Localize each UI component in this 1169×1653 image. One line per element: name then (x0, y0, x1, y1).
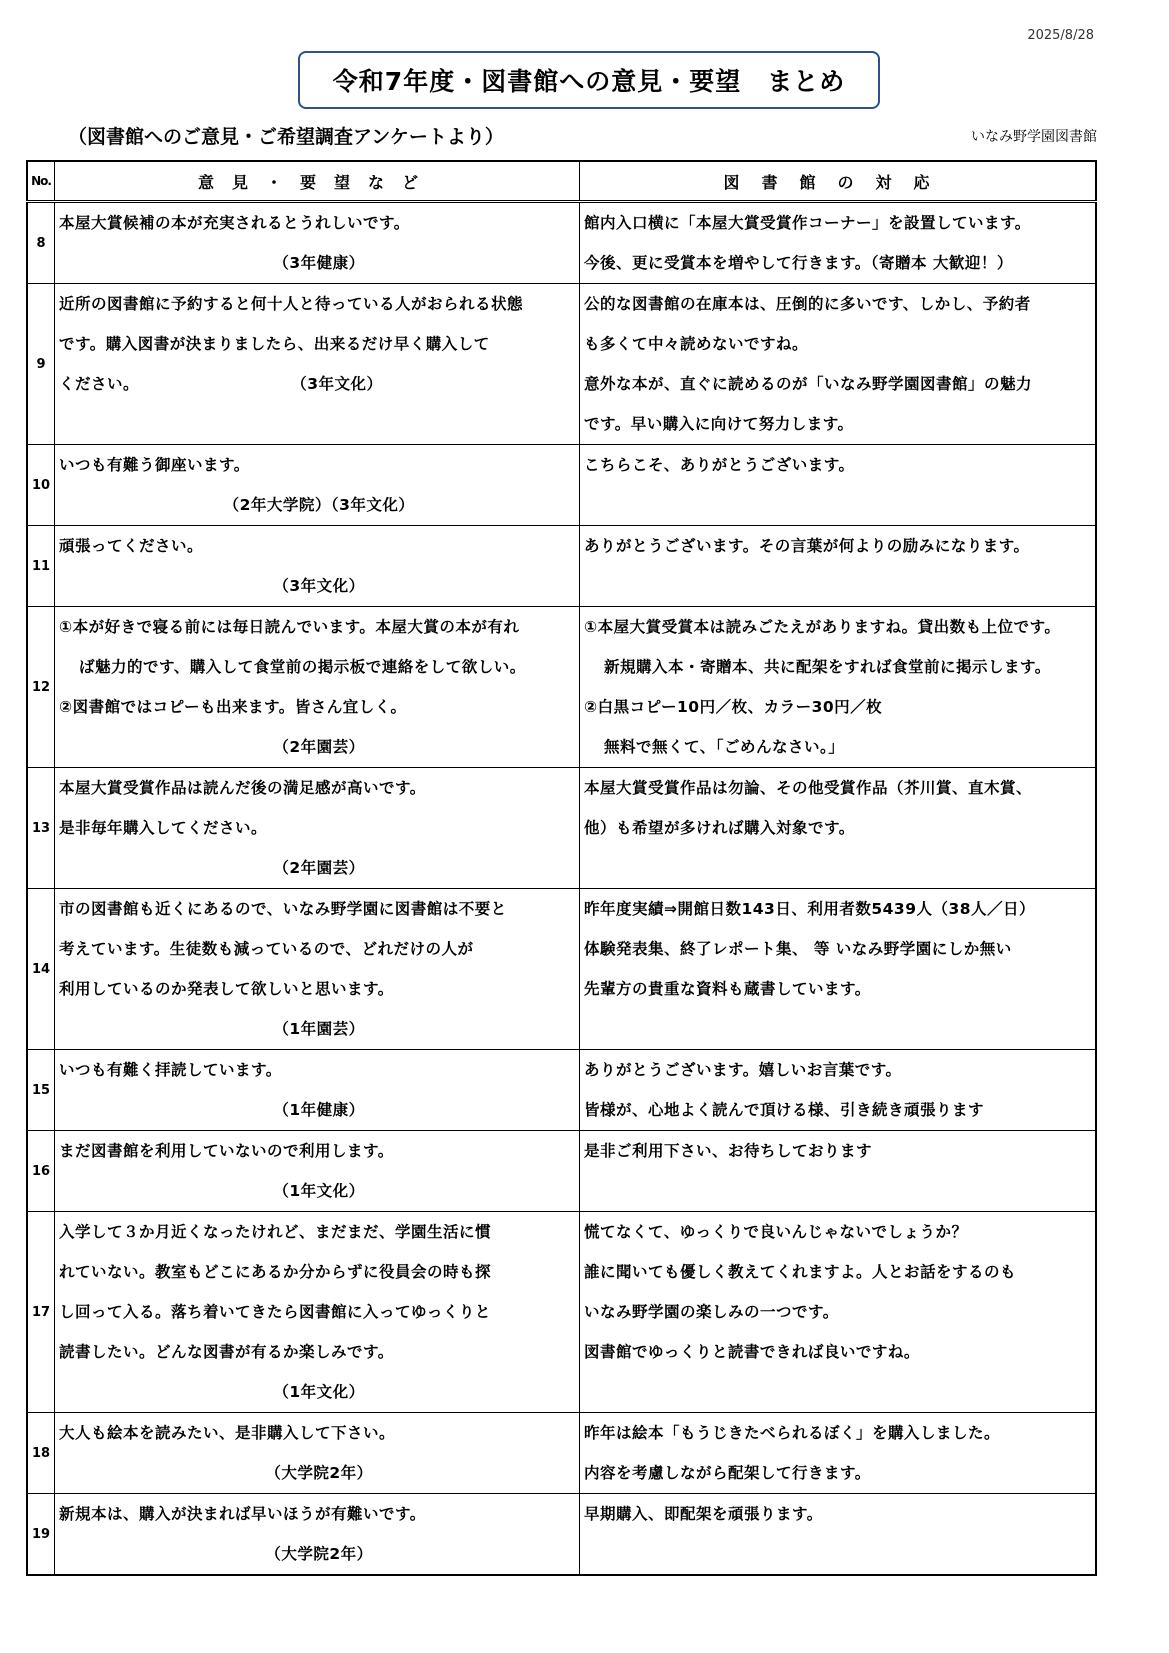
opinion-line: れていない。教室もどこにあるか分からずに役員会の時も探 (59, 1252, 579, 1292)
row-number: 8 (27, 202, 55, 284)
opinion-line: です。購入図書が決まりましたら、出来るだけ早く購入して (59, 324, 579, 364)
response-line: ありがとうございます。その言葉が何よりの励みになります。 (584, 526, 1095, 566)
table-row: 19新規本は、購入が決まれば早いほうが有難いです。（大学院2年）早期購入、即配架… (27, 1494, 1096, 1576)
row-number: 19 (27, 1494, 55, 1576)
response-line: 慌てなくて、ゆっくりで良いんじゃないでしょうか？ (584, 1212, 1095, 1252)
response-line: 公的な図書館の在庫本は、圧倒的に多いです、しかし、予約者 (584, 284, 1095, 324)
table-row: 17入学して３か月近くなったけれど、まだまだ、学園生活に慣れていない。教室もどこ… (27, 1212, 1096, 1413)
page-title: 令和7年度・図書館への意見・要望 まとめ (333, 62, 845, 98)
opinion-line: 是非毎年購入してください。 (59, 808, 579, 848)
column-header-response: 図書館の対応 (580, 161, 1097, 202)
response-cell: ありがとうございます。嬉しいお言葉です。皆様が、心地よく読んで頂ける様、引き続き… (580, 1050, 1097, 1131)
response-line: こちらこそ、ありがとうございます。 (584, 445, 1095, 485)
response-line: 昨年は絵本「もうじきたべられるぼく」を購入しました。 (584, 1413, 1095, 1453)
response-line: 誰に聞いても優しく教えてくれますよ。人とお話をするのも (584, 1252, 1095, 1292)
opinion-text: ください。 (59, 375, 139, 393)
respondent-label: （2年大学院）（3年文化） (59, 485, 579, 525)
table-row: 14市の図書館も近くにあるので、いなみ野学園に図書館は不要と考えています。生徒数… (27, 889, 1096, 1050)
opinion-cell: 入学して３か月近くなったけれど、まだまだ、学園生活に慣れていない。教室もどこにあ… (55, 1212, 580, 1413)
response-line: 是非ご利用下さい、お待ちしております (584, 1131, 1095, 1171)
title-box: 令和7年度・図書館への意見・要望 まとめ (298, 51, 880, 109)
response-line: 早期購入、即配架を頑張ります。 (584, 1494, 1095, 1534)
row-number: 9 (27, 284, 55, 445)
opinion-cell: いつも有難く拝読しています。（1年健康） (55, 1050, 580, 1131)
response-line: です。早い購入に向けて努力します。 (584, 404, 1095, 444)
row-number: 18 (27, 1413, 55, 1494)
respondent-label: （大学院2年） (59, 1534, 579, 1574)
response-line: 皆様が、心地よく読んで頂ける様、引き続き頑張ります (584, 1090, 1095, 1130)
respondent-label: （大学院2年） (59, 1453, 579, 1493)
response-cell: 是非ご利用下さい、お待ちしております (580, 1131, 1097, 1212)
respondent-label: （3年健康） (59, 243, 579, 283)
response-line: ありがとうございます。嬉しいお言葉です。 (584, 1050, 1095, 1090)
opinion-line: 頑張ってください。 (59, 526, 579, 566)
opinion-cell: 大人も絵本を読みたい、是非購入して下さい。（大学院2年） (55, 1413, 580, 1494)
opinion-cell: 本屋大賞受賞作品は読んだ後の満足感が高いです。是非毎年購入してください。（2年園… (55, 768, 580, 889)
row-number: 10 (27, 445, 55, 526)
row-number: 16 (27, 1131, 55, 1212)
opinion-line: 本屋大賞候補の本が充実されるとうれしいです。 (59, 203, 579, 243)
table-row: 8本屋大賞候補の本が充実されるとうれしいです。（3年健康）館内入口横に「本屋大賞… (27, 202, 1096, 284)
response-cell: 昨年度実績⇒開館日数143日、利用者数5439人（38人／日）体験発表集、終了レ… (580, 889, 1097, 1050)
response-line: ①本屋大賞受賞本は読みごたえがありますね。貸出数も上位です。 (584, 607, 1095, 647)
opinion-line: ば魅力的です、購入して食堂前の掲示板で連絡をして欲しい。 (59, 647, 579, 687)
opinions-table: No. 意見・要望など 図書館の対応 8本屋大賞候補の本が充実されるとうれしいで… (26, 160, 1097, 1576)
row-number: 11 (27, 526, 55, 607)
response-cell: 慌てなくて、ゆっくりで良いんじゃないでしょうか？誰に聞いても優しく教えてくれます… (580, 1212, 1097, 1413)
table-row: 13本屋大賞受賞作品は読んだ後の満足感が高いです。是非毎年購入してください。（2… (27, 768, 1096, 889)
opinion-line: 近所の図書館に予約すると何十人と待っている人がおられる状態 (59, 284, 579, 324)
opinion-cell: 頑張ってください。（3年文化） (55, 526, 580, 607)
response-line: 館内入口横に「本屋大賞受賞作コーナー」を設置しています。 (584, 203, 1095, 243)
row-number: 12 (27, 607, 55, 768)
table-row: 16まだ図書館を利用していないので利用します。（1年文化）是非ご利用下さい、お待… (27, 1131, 1096, 1212)
response-line: 新規購入本・寄贈本、共に配架をすれば食堂前に掲示します。 (584, 647, 1095, 687)
opinion-line: し回って入る。落ち着いてきたら図書館に入ってゆっくりと (59, 1292, 579, 1332)
opinion-line: いつも有難く拝読しています。 (59, 1050, 579, 1090)
opinion-line: まだ図書館を利用していないので利用します。 (59, 1131, 579, 1171)
respondent-label: （2年園芸） (59, 848, 579, 888)
opinion-line: 本屋大賞受賞作品は読んだ後の満足感が高いです。 (59, 768, 579, 808)
response-line: も多くて中々読めないですね。 (584, 324, 1095, 364)
opinion-line: 読書したい。どんな図書が有るか楽しみです。 (59, 1332, 579, 1372)
respondent-label: （2年園芸） (59, 727, 579, 767)
opinion-cell: 新規本は、購入が決まれば早いほうが有難いです。（大学院2年） (55, 1494, 580, 1576)
table-row: 12①本が好きで寝る前には毎日読んでいます。本屋大賞の本が有れば魅力的です、購入… (27, 607, 1096, 768)
response-cell: 本屋大賞受賞作品は勿論、その他受賞作品（芥川賞、直木賞、他）も希望が多ければ購入… (580, 768, 1097, 889)
response-line: 先輩方の貴重な資料も蔵書しています。 (584, 969, 1095, 1009)
table-body: 8本屋大賞候補の本が充実されるとうれしいです。（3年健康）館内入口横に「本屋大賞… (27, 202, 1096, 1576)
response-cell: 早期購入、即配架を頑張ります。 (580, 1494, 1097, 1576)
opinion-line: ください。（3年文化） (59, 364, 579, 404)
response-line: 体験発表集、終了レポート集、 等 いなみ野学園にしか無い (584, 929, 1095, 969)
response-line: 無料で無くて、「ごめんなさい。」 (584, 727, 1095, 767)
table-row: 11頑張ってください。（3年文化）ありがとうございます。その言葉が何よりの励みに… (27, 526, 1096, 607)
response-line: いなみ野学園の楽しみの一つです。 (584, 1292, 1095, 1332)
opinion-cell: いつも有難う御座います。（2年大学院）（3年文化） (55, 445, 580, 526)
table-header: No. 意見・要望など 図書館の対応 (27, 161, 1096, 202)
row-number: 15 (27, 1050, 55, 1131)
respondent-label: （1年文化） (59, 1372, 579, 1412)
organization-name: いなみ野学園図書館 (971, 126, 1097, 146)
opinion-line: ①本が好きで寝る前には毎日読んでいます。本屋大賞の本が有れ (59, 607, 579, 647)
opinion-cell: 近所の図書館に予約すると何十人と待っている人がおられる状態です。購入図書が決まり… (55, 284, 580, 445)
opinion-line: 新規本は、購入が決まれば早いほうが有難いです。 (59, 1494, 579, 1534)
date: 2025/8/28 (1027, 28, 1094, 43)
opinion-cell: 本屋大賞候補の本が充実されるとうれしいです。（3年健康） (55, 202, 580, 284)
response-cell: 公的な図書館の在庫本は、圧倒的に多いです、しかし、予約者も多くて中々読めないです… (580, 284, 1097, 445)
column-header-no: No. (27, 161, 55, 202)
opinion-cell: まだ図書館を利用していないので利用します。（1年文化） (55, 1131, 580, 1212)
response-cell: 館内入口横に「本屋大賞受賞作コーナー」を設置しています。今後、更に受賞本を増やし… (580, 202, 1097, 284)
respondent-label: （1年園芸） (59, 1009, 579, 1049)
opinion-line: 利用しているのか発表して欲しいと思います。 (59, 969, 579, 1009)
response-line: 今後、更に受賞本を増やして行きます。（寄贈本 大歓迎！） (584, 243, 1095, 283)
response-line: ②白黒コピー10円／枚、カラー30円／枚 (584, 687, 1095, 727)
response-line: 本屋大賞受賞作品は勿論、その他受賞作品（芥川賞、直木賞、 (584, 768, 1095, 808)
response-cell: ありがとうございます。その言葉が何よりの励みになります。 (580, 526, 1097, 607)
opinion-line: 大人も絵本を読みたい、是非購入して下さい。 (59, 1413, 579, 1453)
response-line: 内容を考慮しながら配架して行きます。 (584, 1453, 1095, 1493)
subtitle: （図書館へのご意見・ご希望調査アンケートより） (68, 122, 504, 149)
table-row: 18大人も絵本を読みたい、是非購入して下さい。（大学院2年）昨年は絵本「もうじき… (27, 1413, 1096, 1494)
respondent-label: （1年健康） (59, 1090, 579, 1130)
response-cell: ①本屋大賞受賞本は読みごたえがありますね。貸出数も上位です。新規購入本・寄贈本、… (580, 607, 1097, 768)
row-number: 14 (27, 889, 55, 1050)
opinion-cell: ①本が好きで寝る前には毎日読んでいます。本屋大賞の本が有れば魅力的です、購入して… (55, 607, 580, 768)
response-line: 意外な本が、直ぐに読めるのが「いなみ野学園図書館」の魅力 (584, 364, 1095, 404)
opinion-line: ②図書館ではコピーも出来ます。皆さん宜しく。 (59, 687, 579, 727)
opinion-line: いつも有難う御座います。 (59, 445, 579, 485)
table-row: 9近所の図書館に予約すると何十人と待っている人がおられる状態です。購入図書が決ま… (27, 284, 1096, 445)
opinion-line: 考えています。生徒数も減っているので、どれだけの人が (59, 929, 579, 969)
respondent-label: （1年文化） (59, 1171, 579, 1211)
opinion-line: 市の図書館も近くにあるので、いなみ野学園に図書館は不要と (59, 889, 579, 929)
column-header-opinion: 意見・要望など (55, 161, 580, 202)
opinion-line: 入学して３か月近くなったけれど、まだまだ、学園生活に慣 (59, 1212, 579, 1252)
table-row: 15いつも有難く拝読しています。（1年健康）ありがとうございます。嬉しいお言葉で… (27, 1050, 1096, 1131)
response-cell: 昨年は絵本「もうじきたべられるぼく」を購入しました。内容を考慮しながら配架して行… (580, 1413, 1097, 1494)
row-number: 17 (27, 1212, 55, 1413)
table-row: 10いつも有難う御座います。（2年大学院）（3年文化）こちらこそ、ありがとうござ… (27, 445, 1096, 526)
response-line: 図書館でゆっくりと読書できれば良いですね。 (584, 1332, 1095, 1372)
response-line: 他）も希望が多ければ購入対象です。 (584, 808, 1095, 848)
row-number: 13 (27, 768, 55, 889)
respondent-label: （3年文化） (299, 375, 383, 393)
response-cell: こちらこそ、ありがとうございます。 (580, 445, 1097, 526)
opinion-cell: 市の図書館も近くにあるので、いなみ野学園に図書館は不要と考えています。生徒数も減… (55, 889, 580, 1050)
respondent-label: （3年文化） (59, 566, 579, 606)
response-line: 昨年度実績⇒開館日数143日、利用者数5439人（38人／日） (584, 889, 1095, 929)
